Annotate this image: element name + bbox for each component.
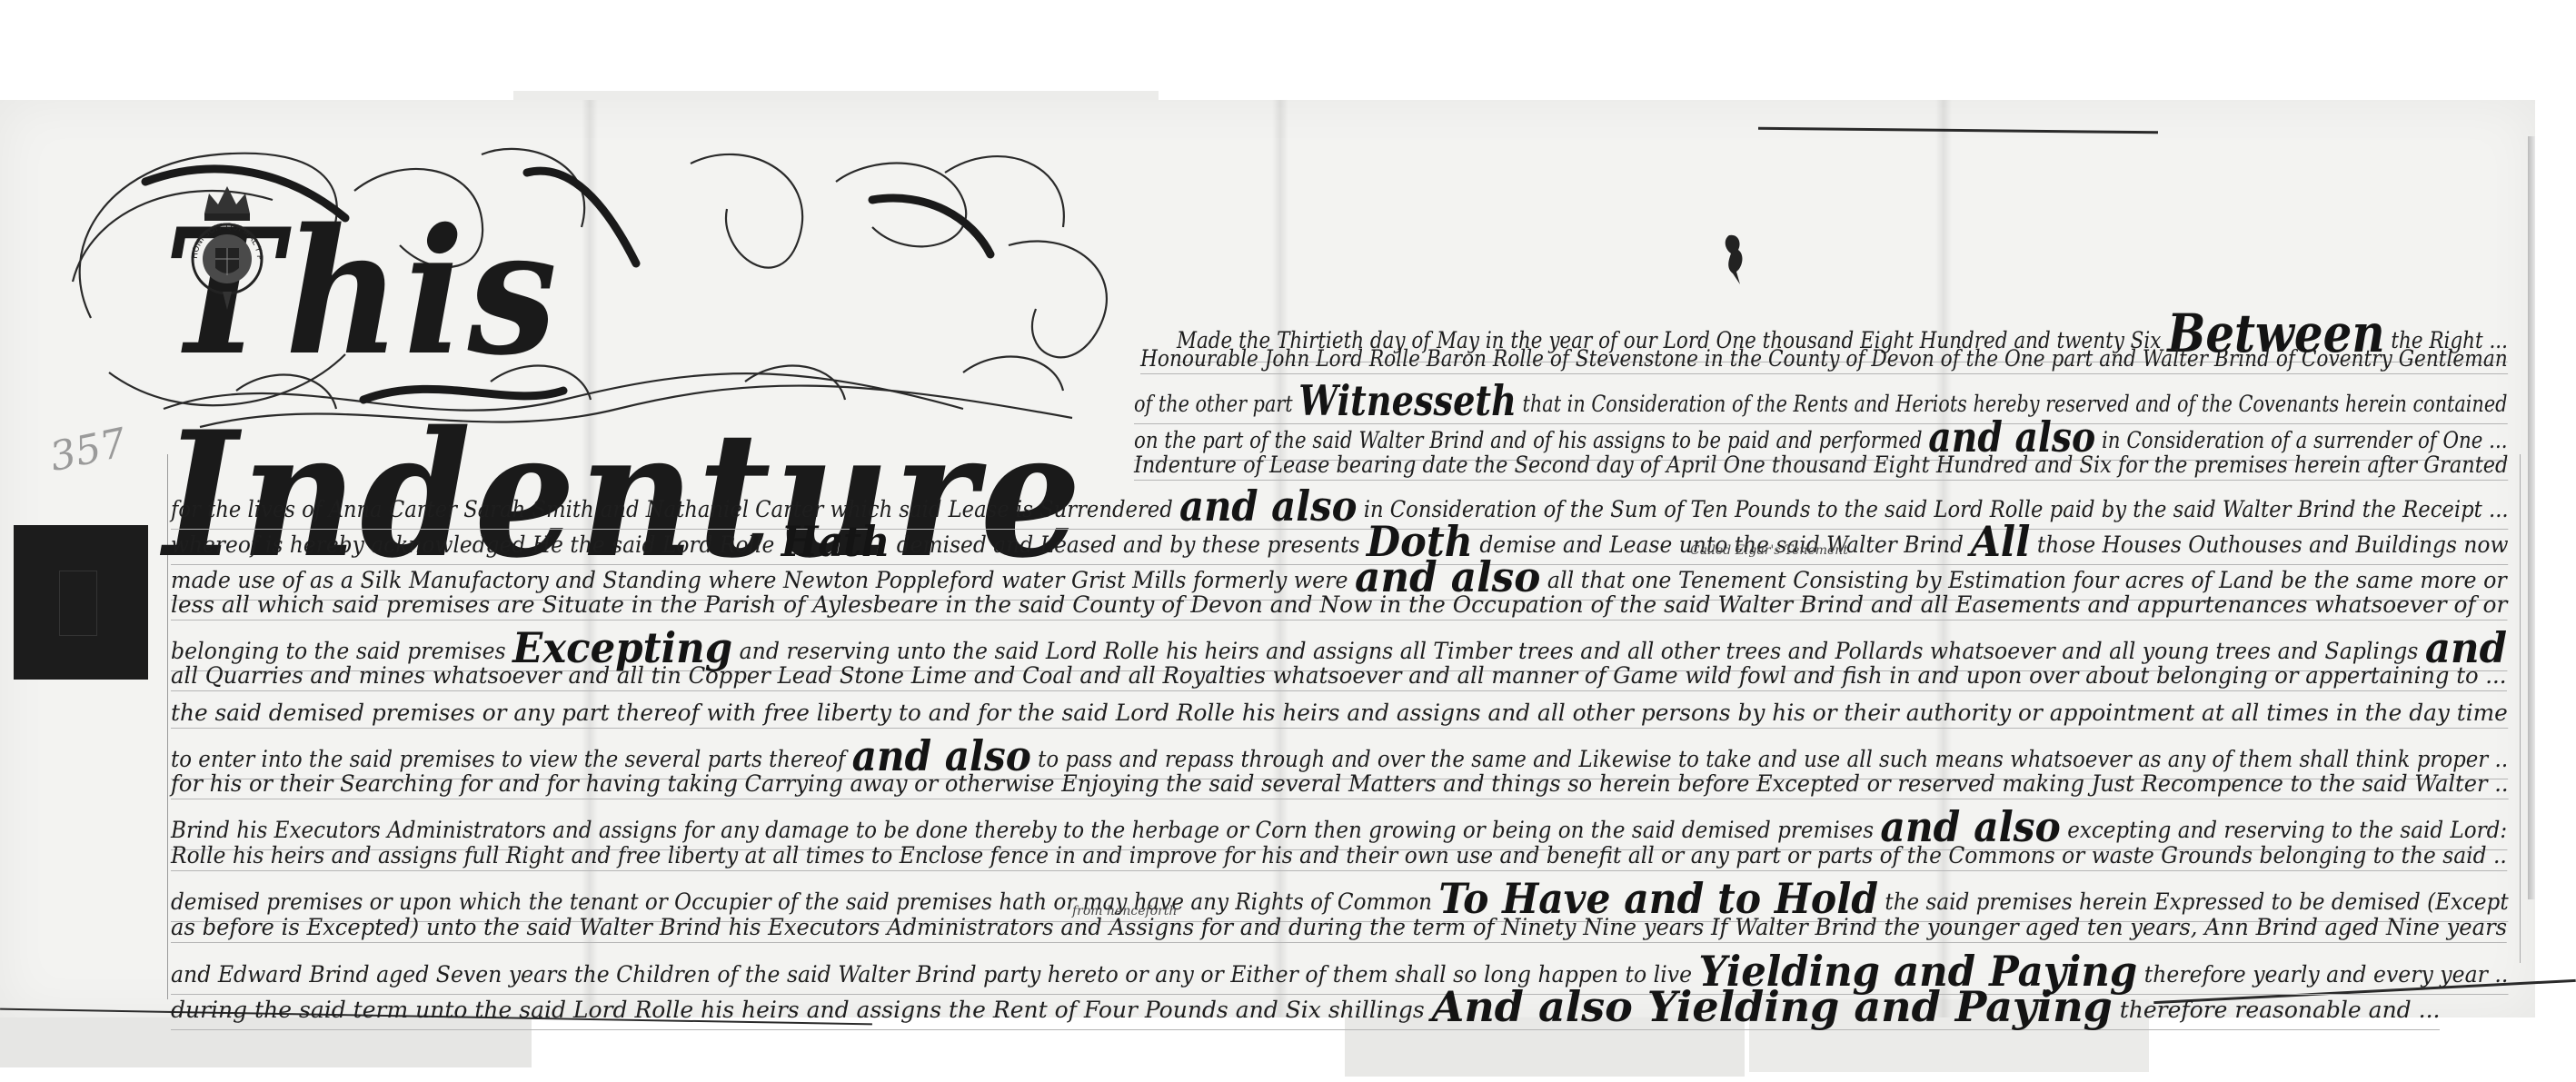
line-text: less all which said premises are Situate… xyxy=(171,591,2507,618)
line-text: therefore yearly and every year .. xyxy=(2144,961,2509,988)
indenture-line-16: Rolle his heirs and assigns full Right a… xyxy=(171,842,2507,871)
line-text: all that one Tenement Consisting by Esti… xyxy=(1547,567,2507,593)
line-text: during the said term unto the said Lord … xyxy=(171,997,1425,1023)
line-text: on the part of the said Walter Brind and… xyxy=(1134,427,1923,453)
royal-coat-of-arms-icon: HONI SOIT QUI MAL Y PENSE xyxy=(177,177,277,313)
indenture-line-2: Honourable John Lord Rolle Baron Rolle o… xyxy=(1140,345,2508,374)
line-text: in Consideration of a surrender of One .… xyxy=(2102,427,2508,453)
paper-right-edge xyxy=(2528,136,2535,899)
line-text: the said demised premises or any part th… xyxy=(171,700,2508,726)
indenture-line-11: all Quarries and mines whatsoever and al… xyxy=(171,662,2506,691)
line-text: those Houses Outhouses and Buildings now xyxy=(2037,531,2509,558)
line-text: the said premises herein Expressed to be… xyxy=(1885,888,2508,915)
line-text: made use of as a Silk Manufactory and St… xyxy=(171,567,1348,593)
indenture-line-12: the said demised premises or any part th… xyxy=(171,700,2508,729)
line-text: in Consideration of the Sum of Ten Pound… xyxy=(1364,496,2509,522)
indenture-line-18: as before is Excepted) unto the said Wal… xyxy=(171,914,2507,943)
line-text: whereof is hereby acknowledged He the sa… xyxy=(171,531,774,558)
keyword-and-also-yielding-and-paying: And also Yielding and Paying xyxy=(1432,982,2113,1031)
line-text: Brind his Executors Administrators and a… xyxy=(171,817,1874,843)
line-text: belonging to the said premises xyxy=(171,638,506,664)
line-text: for the lives of Anna Carter Sarah Smith… xyxy=(171,496,1173,522)
line-text: and reserving unto the said Lord Rolle h… xyxy=(740,638,2419,664)
indenture-line-5: Indenture of Lease bearing date the Seco… xyxy=(1134,452,2508,481)
indenture-line-14: for his or their Searching for and for h… xyxy=(171,770,2509,799)
indenture-line-20: during the said term unto the said Lord … xyxy=(171,986,2440,1030)
line-text: excepting and reserving to the said Lord… xyxy=(2067,817,2507,843)
stamp-emblem xyxy=(59,571,97,636)
indenture-line-9: less all which said premises are Situate… xyxy=(171,591,2507,620)
line-text: therefore reasonable and ... xyxy=(2120,997,2441,1023)
line-text: Honourable John Lord Rolle Baron Rolle o… xyxy=(1140,345,2508,372)
line-text: Rolle his heirs and assigns full Right a… xyxy=(171,842,2507,869)
right-margin-rule xyxy=(2520,454,2521,963)
revenue-stamp xyxy=(14,525,148,680)
line-text: to enter into the said premises to view … xyxy=(171,746,845,772)
line-text: for his or their Searching for and for h… xyxy=(171,770,2509,797)
line-text: all Quarries and mines whatsoever and al… xyxy=(171,662,2506,689)
line-text: Indenture of Lease bearing date the Seco… xyxy=(1134,452,2508,478)
line-text: as before is Excepted) unto the said Wal… xyxy=(171,914,2507,940)
line-text: to pass and repass through and over the … xyxy=(1038,746,2508,772)
line-text: demised premises or upon which the tenan… xyxy=(171,888,1432,915)
ink-blot-icon xyxy=(1722,232,1749,286)
line-text: of the other part xyxy=(1134,391,1293,417)
line-text: demised and Leased and by these presents xyxy=(897,531,1360,558)
